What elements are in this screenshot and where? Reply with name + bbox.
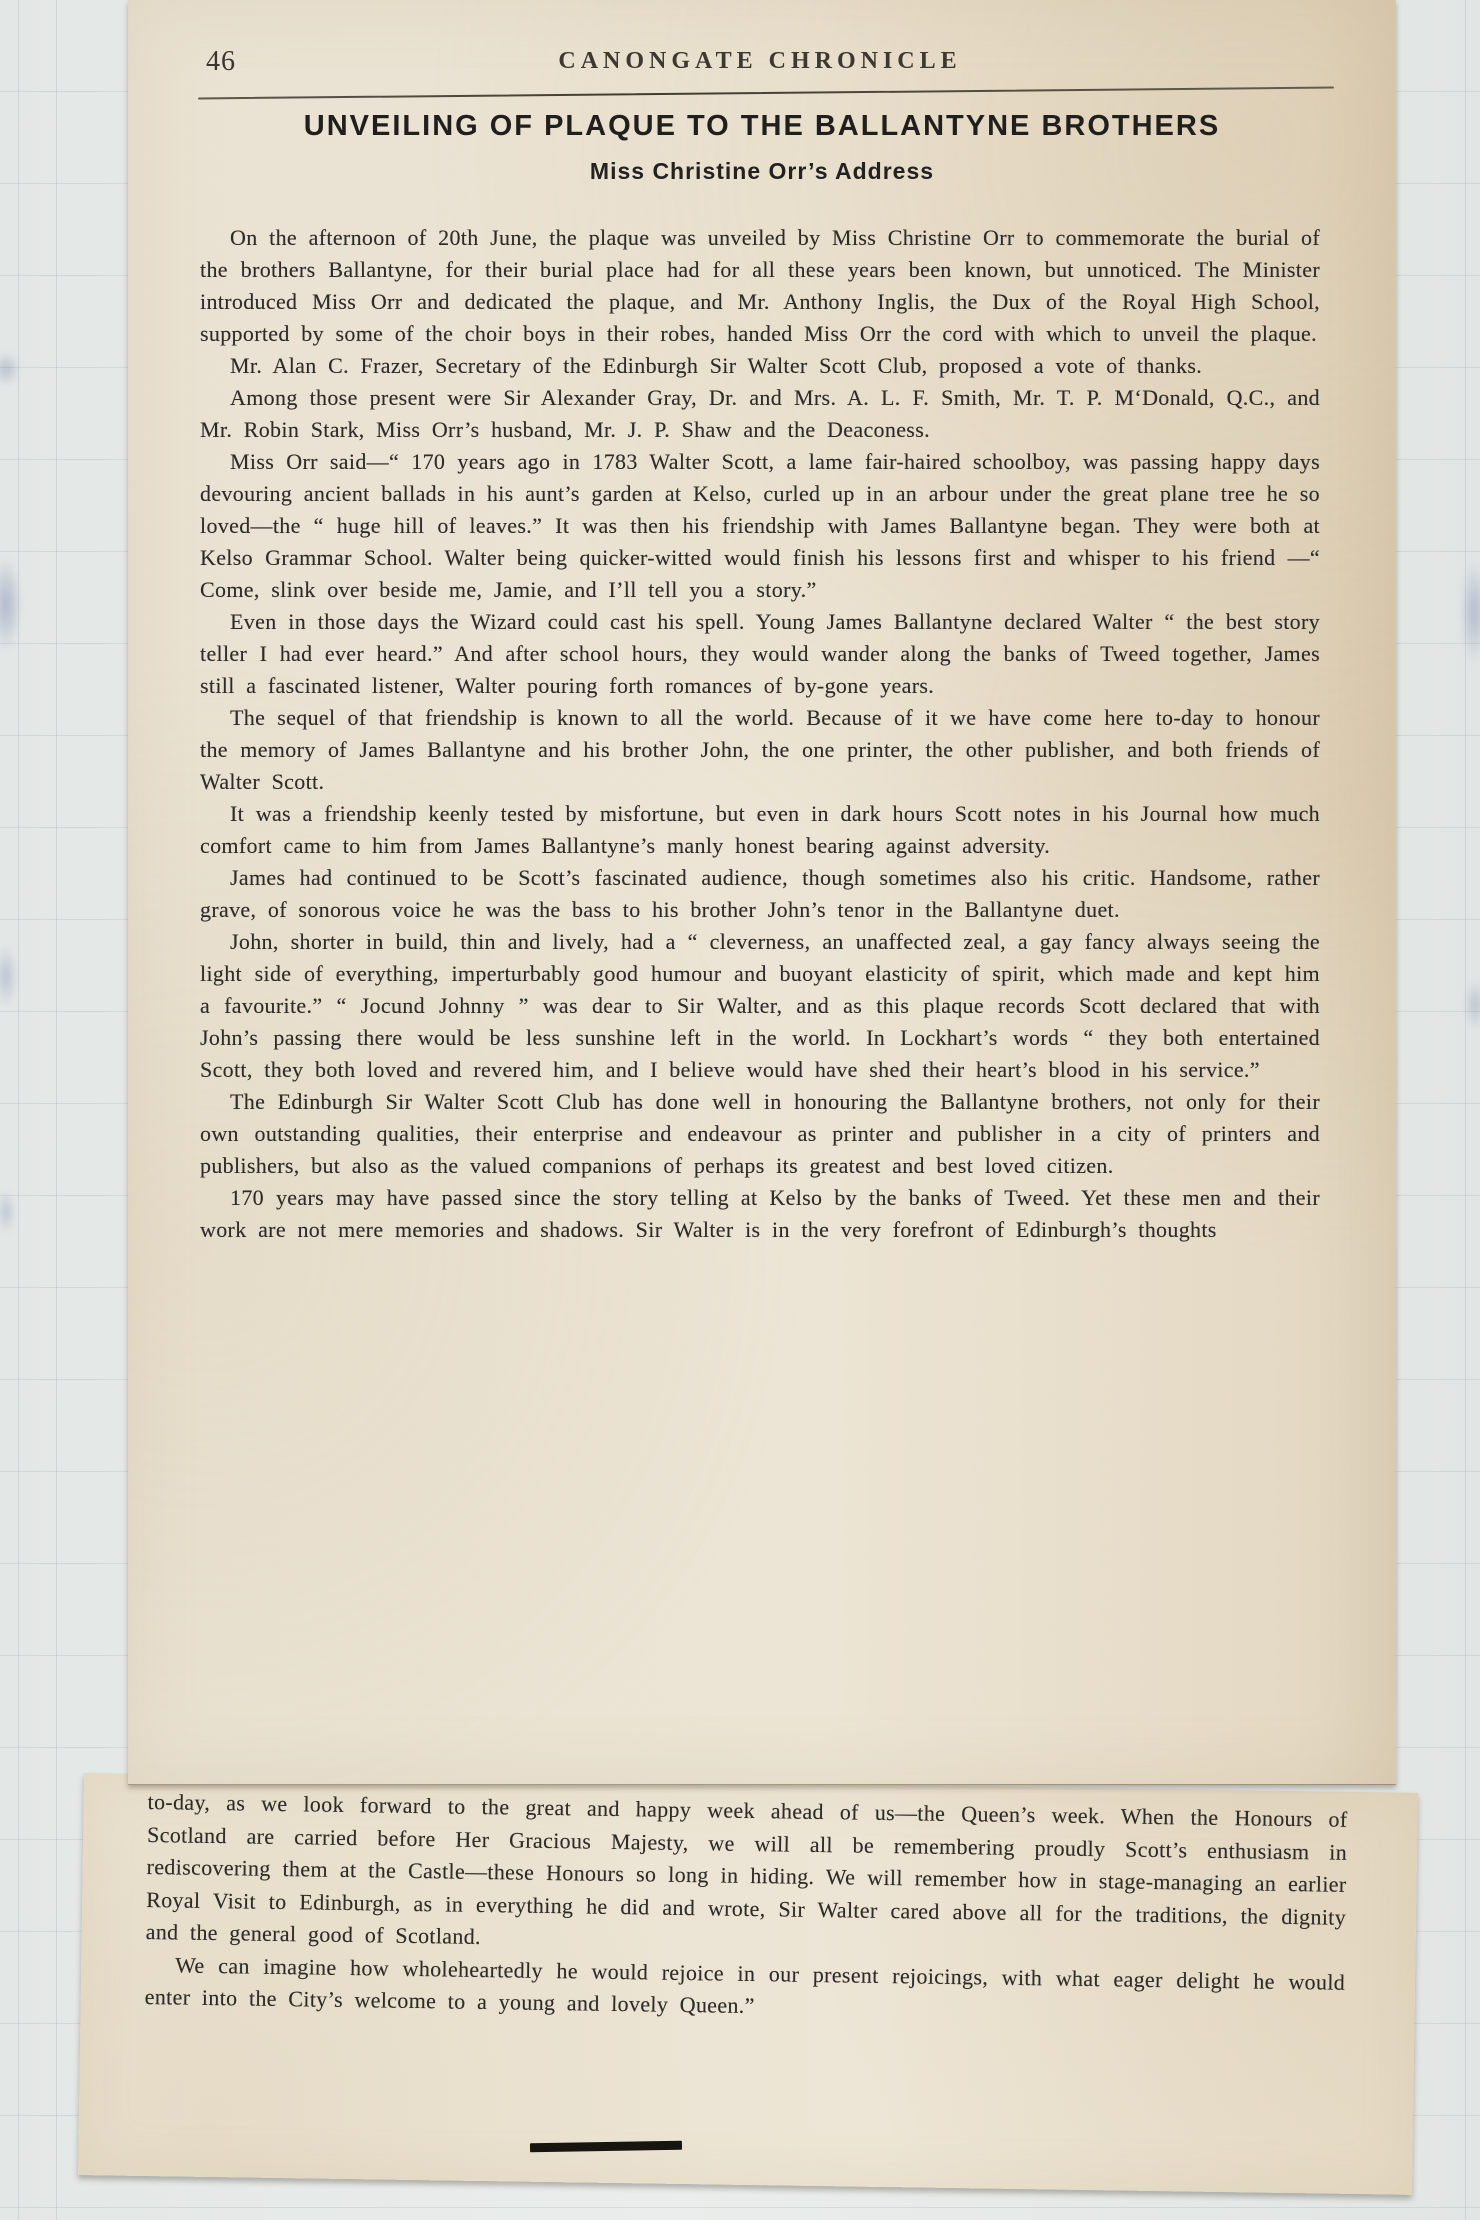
article-paragraph: Mr. Alan C. Frazer, Secretary of the Edi… (200, 350, 1320, 382)
article-headline: UNVEILING OF PLAQUE TO THE BALLANTYNE BR… (168, 110, 1356, 143)
article-paragraph: It was a friendship keenly tested by mis… (200, 798, 1320, 862)
article-paragraph: Even in those days the Wizard could cast… (200, 606, 1320, 702)
article-paragraph: to-day, as we look forward to the great … (145, 1786, 1347, 1966)
article-paragraph: John, shorter in build, thin and lively,… (200, 926, 1320, 1086)
header-rule (198, 87, 1334, 100)
page-header: 46 CANONGATE CHRONICLE (200, 44, 1320, 84)
masthead-title: CANONGATE CHRONICLE (200, 48, 1320, 75)
newspaper-clipping-main: 46 CANONGATE CHRONICLE UNVEILING OF PLAQ… (128, 0, 1396, 1785)
article-paragraph: Miss Orr said—“ 170 years ago in 1783 Wa… (200, 446, 1320, 606)
article-paragraph: Among those present were Sir Alexander G… (200, 382, 1320, 446)
ledger-vertical-rule (1465, 0, 1466, 2220)
article-paragraph: James had continued to be Scott’s fascin… (200, 862, 1320, 926)
ledger-vertical-rule (56, 0, 57, 2220)
article-paragraph: On the afternoon of 20th June, the plaqu… (200, 222, 1320, 350)
article-paragraph: The Edinburgh Sir Walter Scott Club has … (200, 1086, 1320, 1182)
article-paragraph: 170 years may have passed since the stor… (200, 1182, 1320, 1246)
newspaper-clipping-continuation: to-day, as we look forward to the great … (78, 1773, 1418, 2195)
ledger-vertical-rule (18, 0, 19, 2220)
continuation-body: to-day, as we look forward to the great … (144, 1786, 1347, 2031)
article-body: On the afternoon of 20th June, the plaqu… (200, 222, 1320, 1246)
article-subhead: Miss Christine Orr’s Address (168, 158, 1356, 185)
article-paragraph: The sequel of that friendship is known t… (200, 702, 1320, 798)
